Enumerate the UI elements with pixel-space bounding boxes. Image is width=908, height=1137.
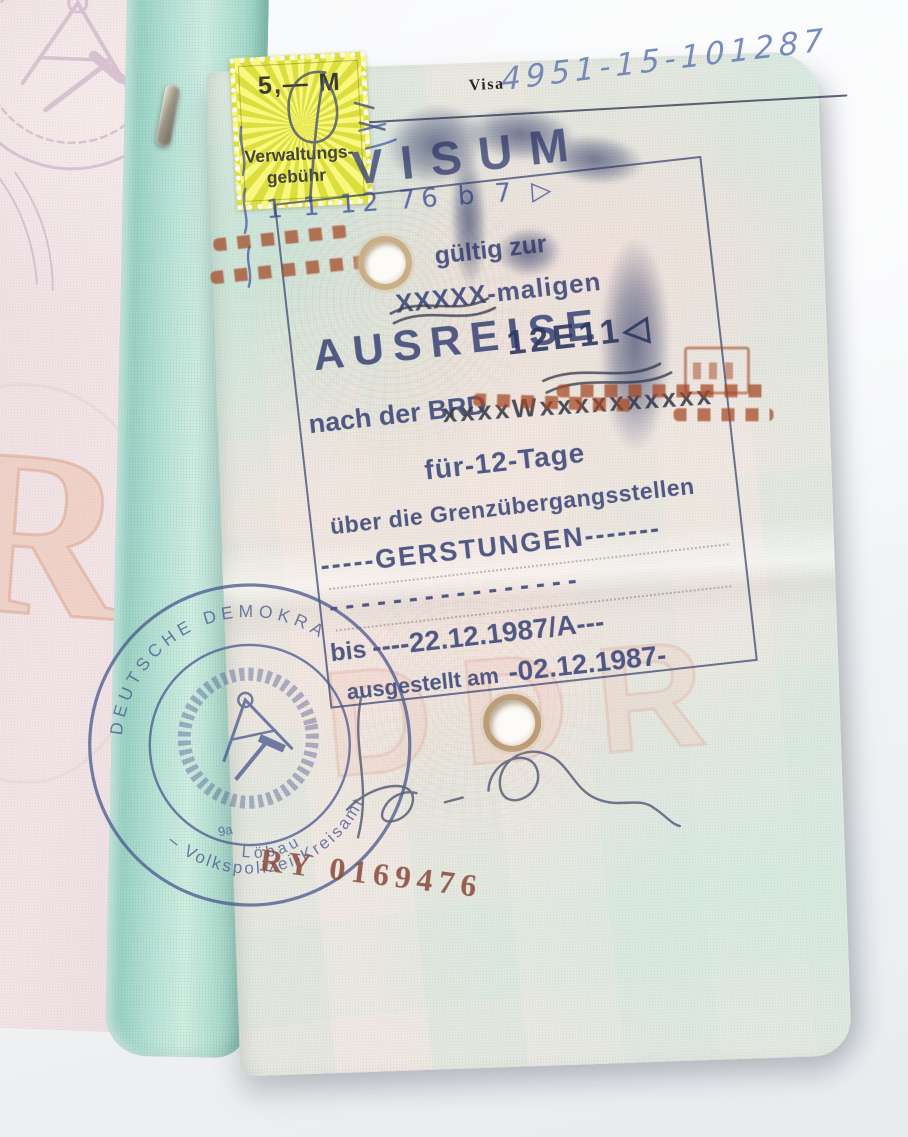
handwritten-registration-number: 4951-15-101287 xyxy=(501,22,828,98)
visa-heading: Visa xyxy=(468,75,505,95)
stamp-note-text: 9a xyxy=(217,821,235,839)
staple xyxy=(155,84,181,148)
red-stamp-fragment-box xyxy=(684,346,750,394)
passport-visa-page-photo: R DDR Visa 4951-15-101287 5,— M Verwaltu… xyxy=(0,0,908,1137)
red-stamp-fragment xyxy=(674,408,774,421)
visa-page: DDR Visa 4951-15-101287 5,— M Verwaltung… xyxy=(205,51,852,1077)
duration-line: für-12-Tage xyxy=(423,437,587,487)
